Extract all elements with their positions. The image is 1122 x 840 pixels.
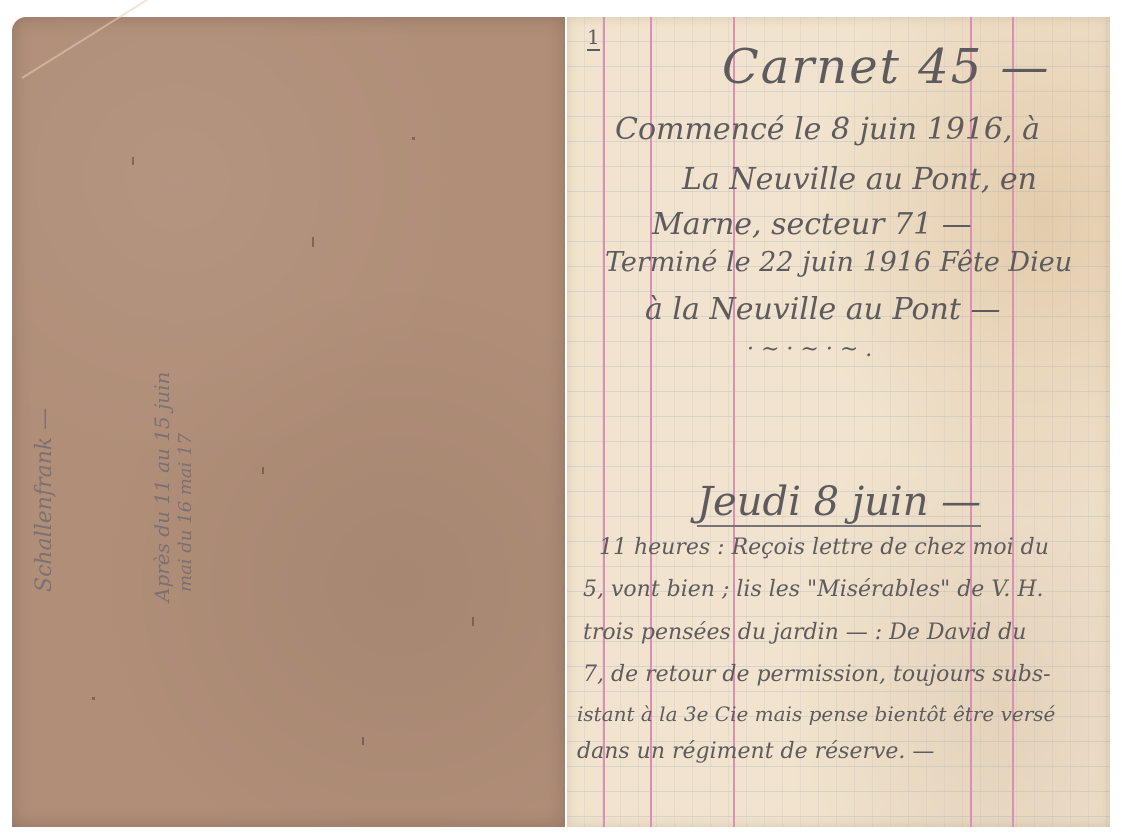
cover-annotation-dates-2: mai du 16 mai 17: [175, 433, 196, 592]
header-line-end-date: Terminé le 22 juin 1916 Fête Dieu: [605, 247, 1072, 278]
paper-fleck: [362, 737, 364, 745]
header-flourish: · ~ · ~ · ~ .: [747, 337, 872, 362]
entry-date-heading: Jeudi 8 juin —: [697, 479, 981, 527]
cover-annotation-dates-1: Après du 11 au 15 juin: [150, 372, 174, 602]
paper-fleck: [412, 137, 415, 140]
notebook-back-cover: Schallenfrank — Après du 11 au 15 juin m…: [12, 17, 565, 827]
paper-fleck: [262, 467, 264, 474]
cover-crease: [21, 0, 183, 79]
header-line-location: La Neuville au Pont, en: [682, 162, 1037, 197]
entry-line: trois pensées du jardin — : De David du: [583, 620, 1026, 645]
cover-annotation-name: Schallenfrank —: [32, 408, 57, 592]
paper-fleck: [312, 237, 314, 247]
paper-fleck: [472, 617, 474, 626]
header-line-start-date: Commencé le 8 juin 1916, à: [615, 112, 1040, 147]
entry-line: 7, de retour de permission, toujours sub…: [583, 662, 1051, 687]
entry-line: 5, vont bien ; lis les "Misérables" de V…: [583, 577, 1044, 602]
header-line-end-location: à la Neuville au Pont —: [645, 292, 1000, 327]
notebook-title: Carnet 45 —: [722, 39, 1051, 95]
header-line-sector: Marne, secteur 71 —: [652, 207, 972, 242]
entry-line: dans un régiment de réserve. —: [577, 739, 934, 764]
entry-line: istant à la 3e Cie mais pense bientôt êt…: [577, 702, 1055, 726]
page-number: 1: [587, 25, 600, 51]
paper-fleck: [132, 157, 134, 165]
entry-line: 11 heures : Reçois lettre de chez moi du: [599, 535, 1049, 560]
notebook-page: 1 Carnet 45 — Commencé le 8 juin 1916, à…: [567, 17, 1110, 827]
paper-fleck: [92, 697, 95, 700]
